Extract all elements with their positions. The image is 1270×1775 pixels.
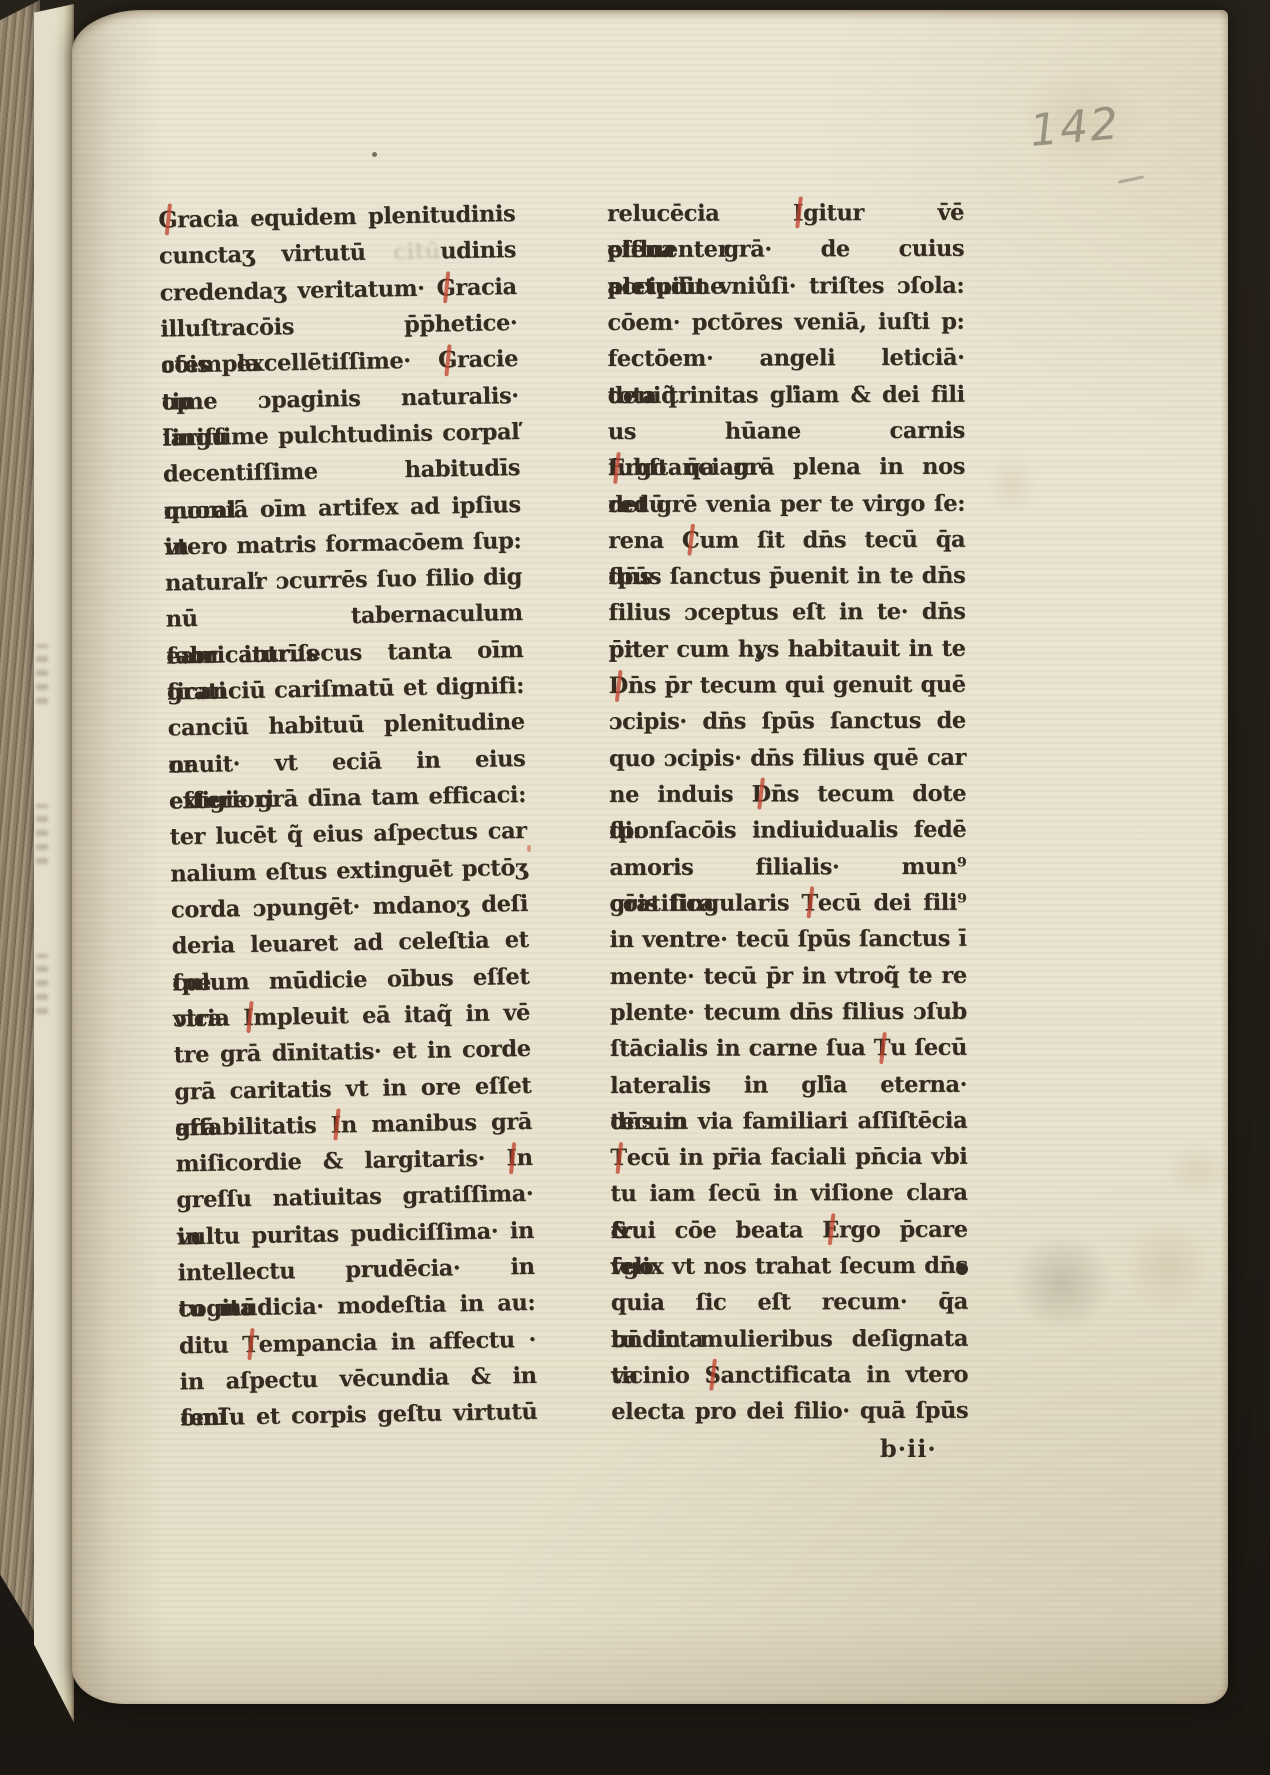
text-line: fectōem· angeli leticiā· deniq̃ xyxy=(608,340,965,378)
text-line: piter cum hys habitauit in te xyxy=(609,631,966,669)
text-line: ter lucēt q̃ eius aſpectus car xyxy=(169,813,527,856)
rubricated-initial: G xyxy=(436,270,455,307)
rubricated-initial: S xyxy=(705,1358,721,1394)
text-line: dn̄s in via familiari aſſiſtēcia xyxy=(610,1103,967,1141)
text-line: relucēcia Igitur v̄ē effluenter xyxy=(607,195,964,233)
pencil-dash xyxy=(1118,175,1144,183)
rubricated-initial: T xyxy=(801,885,817,921)
stain xyxy=(1012,1235,1112,1330)
text-line: filius ɔceptus eſt in te· dn̄s p̄r xyxy=(608,594,965,632)
text-line: cunctaʒ virtutū citūudinis xyxy=(159,232,517,275)
text-line: deria leuaret ad celeſtia et ſpe xyxy=(171,922,529,965)
rubricated-initial: T xyxy=(874,1030,890,1066)
text-line: rena Cum ſit dn̄s tecū q̄a dn̄s xyxy=(608,522,965,560)
text-line: grā caritatis vt in ore eſſet grā xyxy=(174,1067,532,1110)
text-line: quo ɔcipis· dn̄s filius quē car xyxy=(609,739,966,777)
book-photo: 142 Gracia equidem plenitudiniscunctaʒ v… xyxy=(0,0,1270,1775)
rubricated-initial: G xyxy=(158,202,177,239)
erased-text: citū xyxy=(393,239,441,266)
text-line: electa pro dei filio· quā ſpūs xyxy=(611,1393,968,1431)
text-line: plena grā· de cuius pletudine xyxy=(607,231,964,269)
text-line: plente· tecum dn̄s filius ɔſub xyxy=(610,994,967,1032)
main-page: 142 Gracia equidem plenitudiniscunctaʒ v… xyxy=(72,10,1228,1704)
bleedthrough-text-mark xyxy=(36,644,48,704)
text-line: ne induis Dn̄s tecum dote di: xyxy=(609,776,966,814)
text-line: tu iam ſecū in viſione clara & xyxy=(610,1175,967,1213)
text-line: ɔcipis· dn̄s ſpūs ſanctus de xyxy=(609,703,966,741)
rubricated-initial: I xyxy=(330,1107,341,1143)
signature-mark: b·ii· xyxy=(880,1434,970,1463)
text-line: ſtācialis in carne ſua Tu ſecū xyxy=(610,1030,967,1068)
text-line: frui cōe beata Ergo p̄care v̄go xyxy=(611,1211,968,1249)
folio-number: 142 xyxy=(1028,98,1122,157)
rubricated-initial: E xyxy=(608,450,625,486)
text-line: canciū habituū plenitudine or xyxy=(167,704,525,747)
rubricated-initial: G xyxy=(438,342,457,379)
text-line: accipiūt vniůſi· triſtes ɔſola: xyxy=(607,267,964,305)
text-line: ſponſacōis indiuidualis fedē xyxy=(609,812,966,850)
text-line: quoniā oīm artifex ad ipſius in xyxy=(163,486,521,529)
rubricated-initial: T xyxy=(242,1327,259,1364)
stain xyxy=(1107,1200,1227,1330)
text-line: det grē venia per te virgo ſe: xyxy=(608,485,965,523)
text-column-left: Gracia equidem plenitudiniscunctaʒ virtu… xyxy=(158,196,538,1437)
bleedthrough-text-mark xyxy=(36,954,48,1014)
rubricated-initial: I xyxy=(793,195,803,231)
text-line: Dn̄s p̄r tecum qui genuit quē xyxy=(609,667,966,705)
text-line: in ventre· tecū ſpūs ſanctus ī xyxy=(610,921,967,959)
text-line: cōis excellētiſſime· Gracie op xyxy=(161,341,519,384)
text-line: greſſu natiuitas gratiſſima· in xyxy=(176,1176,534,1219)
text-line: cōem· pctōres veniā, iuſti p: xyxy=(607,304,964,342)
text-line: amoris filialis· mun⁹ gratifica xyxy=(609,848,966,886)
stain xyxy=(1152,1130,1242,1210)
text-line: ſpūs ſanctus p̄uenit in te dn̄s xyxy=(608,558,965,596)
text-line: Tecū in pr̄ia faciali pn̄cia vbi xyxy=(610,1139,967,1177)
text-column-right: relucēcia Igitur v̄ē effluenterplena grā… xyxy=(607,195,968,1431)
text-line: decentiſſime habitudīs moraľ xyxy=(163,450,521,493)
text-line: us hūane carnis ſubſtanciam· xyxy=(608,413,965,451)
text-line: tu mūdicia· modeſtia in au: xyxy=(178,1285,536,1328)
rubricated-initial: E xyxy=(822,1212,839,1248)
rubricated-initial: D xyxy=(609,668,628,704)
rubricated-initial: C xyxy=(682,522,700,558)
rubricated-initial: T xyxy=(610,1140,626,1176)
rubricated-initial: D xyxy=(751,776,770,812)
rubric-speck xyxy=(527,845,531,852)
text-line: mente· tecū p̄r in vtroq̃ te re xyxy=(610,957,967,995)
text-line: quia ſic eſt recum· q̄a bn̄dicta xyxy=(611,1284,968,1322)
rubricated-initial: I xyxy=(243,1000,254,1036)
text-line: ticinio Sanctificata in vtero xyxy=(611,1357,968,1395)
stain xyxy=(977,440,1047,530)
text-line: cōis ſingularis Tecū dei fili⁹ xyxy=(609,885,966,923)
text-line: felix vt nos trahat ſecum dn̄s xyxy=(611,1248,968,1286)
text-line: Ergo q̄a grā plena in nos redū xyxy=(608,449,965,487)
rubricated-initial: I xyxy=(506,1140,517,1176)
text-line: lateralis in gľia eterna· tecum xyxy=(610,1066,967,1104)
text-line: tota trinitas gľiam & dei fili xyxy=(608,376,965,414)
bleedthrough-text-mark xyxy=(36,804,48,864)
text-line: ſenſu et corpis geſtu virtutū xyxy=(180,1394,538,1437)
previous-page-edge xyxy=(34,4,74,1740)
text-line: tre grā dīnitatis· et in corde xyxy=(173,1031,531,1074)
ink-speck xyxy=(372,152,377,157)
text-line: tu in mulieribus deſignata va xyxy=(611,1320,968,1358)
text-line: nū tabernaculum fabricaturus xyxy=(165,595,523,638)
